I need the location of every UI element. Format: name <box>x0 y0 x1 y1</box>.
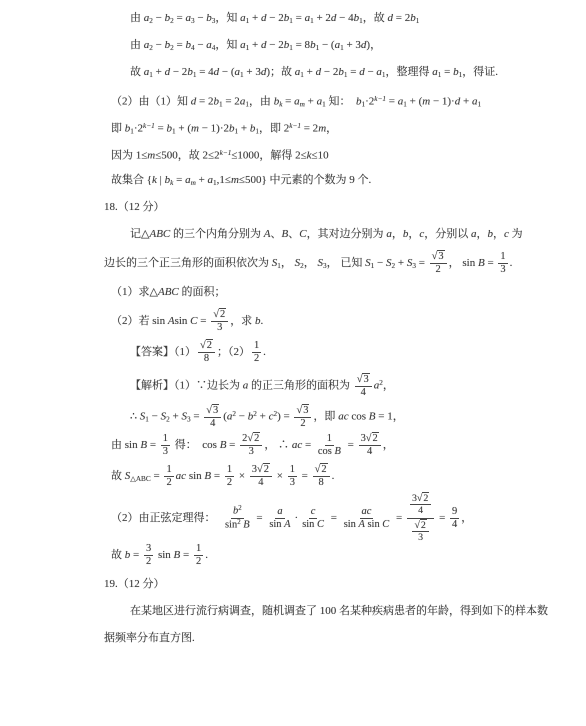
text-run: = <box>302 439 314 451</box>
text-run: 的三个内角分别为 <box>170 228 264 240</box>
text-run: 1 <box>166 464 171 475</box>
text-run: 4 <box>452 519 457 530</box>
superscript: k−1 <box>220 149 232 157</box>
math-variable: m <box>191 123 199 135</box>
text-run: 2 <box>196 556 201 567</box>
fraction: 1cos B <box>316 433 343 458</box>
text-run: ∴ <box>130 411 140 423</box>
text-run: × <box>236 470 248 482</box>
text-run: = 4 <box>196 66 213 78</box>
math-variable: B <box>334 446 340 457</box>
text-run: = <box>345 439 357 451</box>
math-variable: C <box>299 228 306 240</box>
text-run: + <box>460 96 472 108</box>
text-run: cos <box>349 411 369 423</box>
math-variable: ABC <box>158 286 179 298</box>
text-run: − 1)·2 <box>199 123 229 135</box>
subscript: 1 <box>477 101 481 109</box>
fraction: 12 <box>194 543 203 568</box>
text-run: 8 <box>204 353 209 364</box>
sqrt-radical: √3 <box>206 404 219 416</box>
sqrt-radical: √3 <box>357 373 370 385</box>
superscript: k−1 <box>374 95 386 103</box>
text-run: = <box>282 96 294 108</box>
text-run: = <box>436 512 448 524</box>
text-run: 【答案】（1） <box>130 346 196 358</box>
text-line: 在某地区进行流行病调查，随机调查了 100 名某种疾病患者的年龄，得到如下的样本… <box>130 598 572 625</box>
math-variable: m <box>318 123 326 135</box>
text-run: ≤1000，解得 2≤ <box>231 150 306 162</box>
text-run: 记△ <box>130 228 149 240</box>
fraction: √32 <box>294 405 311 430</box>
text-run: = 1， <box>375 411 403 423</box>
superscript: k−1 <box>143 122 155 130</box>
text-run: 4 <box>367 446 372 457</box>
text-line: 据频率分布直方图. <box>104 625 572 652</box>
text-run: = <box>155 123 167 135</box>
text-run: 3 <box>500 264 505 275</box>
fraction: 3√24 <box>410 493 431 517</box>
text-run: 4 <box>258 477 263 488</box>
text-run: 由 <box>130 12 144 24</box>
fraction: 13 <box>288 464 297 489</box>
text-run: 3 <box>290 477 295 488</box>
fraction: acsin A sin C <box>342 506 392 531</box>
text-run: − 4 <box>336 12 353 24</box>
math-variable: A <box>284 519 290 530</box>
text-run: − <box>149 411 161 423</box>
formula-line: （2）由正弦定理得： b2sin2 B = asin A·csin C = ac… <box>111 492 572 540</box>
text-run: 、 <box>288 228 299 240</box>
fraction: csin C <box>300 506 326 531</box>
text-run: 的正三角形的面积为 <box>248 380 353 392</box>
text-run: + <box>395 257 407 269</box>
text-run: − 2 <box>267 39 284 51</box>
subscript: 1 <box>416 17 420 25</box>
text-run: = <box>180 549 192 561</box>
sqrt-radical: √2 <box>213 308 226 320</box>
text-run: ，故 <box>363 12 388 24</box>
text-run: = <box>198 315 210 327</box>
text-run: ， ∴ <box>264 439 292 451</box>
text-run: 8 <box>318 477 323 488</box>
math-variable: ac <box>362 506 372 517</box>
fraction: √34 <box>355 374 372 399</box>
fraction: √23 <box>412 520 428 544</box>
text-run: )；故 <box>266 66 294 78</box>
text-run: sin <box>175 315 191 327</box>
formula-line: 由 sin B = 13 得： cos B = 2√23， ∴ ac = 1co… <box>111 430 572 461</box>
text-run: = <box>293 12 305 24</box>
text-run: （2）由正弦定理得： <box>111 512 221 524</box>
fraction: 12 <box>252 340 261 365</box>
fraction: √23 <box>211 309 228 334</box>
text-run: 1 <box>500 251 505 262</box>
text-run: − <box>365 66 377 78</box>
text-run: = <box>485 257 497 269</box>
text-run: ， <box>383 439 394 451</box>
answer-line: 【答案】（1）√28；（2）12. <box>130 337 572 368</box>
text-run: 3 <box>249 446 254 457</box>
text-run: ，得证. <box>462 66 498 78</box>
fraction: 3√24 <box>250 464 272 489</box>
text-run: 4 <box>418 505 423 516</box>
text-run: = <box>151 470 163 482</box>
text-run: ，知 <box>215 12 240 24</box>
formula-line: 由 a2 − b2 = b4 − a4，知 a1 + d − 2b1 = 8b1… <box>130 32 572 59</box>
text-run: 2 <box>254 353 259 364</box>
text-run: ·2 <box>134 123 143 135</box>
text-run: sin <box>225 519 237 530</box>
text-run: − 2 <box>267 12 284 24</box>
fraction: 32 <box>144 543 153 568</box>
fraction: 12 <box>225 464 234 489</box>
text-run: ，即 2 <box>259 123 289 135</box>
text-run: + <box>196 174 208 186</box>
text-run: = <box>211 470 223 482</box>
text-run: + <box>305 96 317 108</box>
text-run: = 2 <box>223 96 240 108</box>
text-line: 记△ABC 的三个内角分别为 A、B、C，其对边分别为 a，b，c，分别以 a，… <box>130 221 572 248</box>
text-run: ，知 <box>215 39 240 51</box>
text-run: . <box>332 470 335 482</box>
text-run: − ( <box>219 66 234 78</box>
analysis-line: 【解析】（1）∵边长为 a 的正三角形的面积为 √34a2， <box>130 368 572 399</box>
fraction: b2sin2 B <box>223 505 252 531</box>
formula-line: 故集合 {k | bk = am + a1,1≤m≤500} 中元素的个数为 9… <box>111 167 572 194</box>
text-run: 2 <box>300 418 305 429</box>
text-run: 据频率分布直方图. <box>104 632 195 644</box>
text-run: . <box>263 346 266 358</box>
text-run: = <box>174 39 186 51</box>
text-run: ， sin <box>449 257 478 269</box>
text-run: 即 <box>111 123 125 135</box>
fraction: √28 <box>198 340 215 365</box>
text-run: = <box>130 549 142 561</box>
text-run: ，求 <box>230 315 255 327</box>
text-run: 【解析】（1）∵边长为 <box>130 380 243 392</box>
text-run: sin <box>155 549 173 561</box>
text-run: = <box>441 66 453 78</box>
fraction: 94 <box>450 506 459 531</box>
text-run: · <box>295 512 299 524</box>
text-run: = <box>416 257 428 269</box>
formula-line: ∴ S1 − S2 + S3 = √34(a2 − b2 + c2) = √32… <box>130 399 572 430</box>
text-run: ， <box>304 257 318 269</box>
text-run: 1 <box>163 433 168 444</box>
formula-line: 即 b1·2k−1 = b1 + (m − 1)·2b1 + b1，即 2k−1… <box>111 113 572 140</box>
sqrt-radical: √2 <box>257 463 270 475</box>
text-run: ·2 <box>365 96 374 108</box>
formula-line: 故 b = 32 sin B = 12. <box>111 540 572 571</box>
text-run: = 2 <box>393 12 410 24</box>
text-run: 4 <box>361 387 366 398</box>
text-run: − <box>374 257 386 269</box>
text-run: 2 <box>227 477 232 488</box>
problem-heading: 18.（12 分） <box>104 194 572 221</box>
text-run: + ( <box>407 96 422 108</box>
text-run: （2）由（1）知 <box>111 96 191 108</box>
text-run: )， <box>366 39 381 51</box>
math-variable: m <box>231 174 239 186</box>
text-run: ,1≤ <box>217 174 231 186</box>
text-run: ， 已知 <box>327 257 366 269</box>
text-run: ， <box>408 228 419 240</box>
text-run: − <box>153 12 165 24</box>
text-run: 1 <box>227 464 232 475</box>
text-run: ，分别以 <box>424 228 471 240</box>
text-line: （2）若 sin Asin C = √23，求 b. <box>111 306 572 337</box>
text-run: 3 <box>217 322 222 333</box>
text-run: 知： <box>326 96 356 108</box>
text-run: （1）求△ <box>111 286 158 298</box>
text-run: − ( <box>319 39 334 51</box>
text-line: 边长的三个正三角形的面积依次为 S1， S2， S3， 已知 S1 − S2 +… <box>104 248 572 279</box>
text-run: = <box>174 12 186 24</box>
text-run: . <box>260 315 263 327</box>
sqrt-radical: √2 <box>414 519 426 531</box>
text-run: 在某地区进行流行病调查，随机调查了 100 名某种疾病患者的年龄，得到如下的样本… <box>130 605 548 617</box>
text-run: cos <box>318 446 335 457</box>
sqrt-radical: √3 <box>432 250 445 262</box>
formula-line: 故 S△ABC = 12ac sin B = 12 × 3√24 × 13 = … <box>111 461 572 492</box>
document-body: 由 a2 − b2 = a3 − b3，知 a1 + d − 2b1 = a1 … <box>0 0 586 652</box>
sqrt-radical: √2 <box>315 463 328 475</box>
text-run: 2 <box>436 264 441 275</box>
math-variable: C <box>317 519 324 530</box>
superscript: 2 <box>238 505 241 512</box>
text-run: sin <box>365 519 382 530</box>
text-run: 2 <box>146 556 151 567</box>
text-run: ≤10 <box>312 150 329 162</box>
text-run: 得： cos <box>172 439 220 451</box>
text-run: ；（2） <box>217 346 250 358</box>
text-run: = <box>328 512 340 524</box>
text-run: − <box>153 39 165 51</box>
text-run: sin <box>186 470 204 482</box>
text-run: . <box>205 549 208 561</box>
text-run: 1 <box>196 543 201 554</box>
text-run: 4 <box>210 418 215 429</box>
text-run: 故 <box>111 549 125 561</box>
text-run: 故集合 { <box>111 174 152 186</box>
text-run: ≤500，故 2≤2 <box>155 150 219 162</box>
sqrt-radical: √2 <box>366 432 379 444</box>
text-run: | <box>157 174 165 186</box>
formula-line: （2）由（1）知 d = 2b1 = 2a1，由 bk = am + a1 知：… <box>111 86 572 113</box>
subscript: △ABC <box>130 475 150 483</box>
math-variable: C <box>190 315 197 327</box>
text-run: 由 <box>130 39 144 51</box>
text-run: + <box>249 12 261 24</box>
text-run: − <box>195 39 207 51</box>
text-run: − 2 <box>321 66 338 78</box>
text-run: + <box>249 39 261 51</box>
sqrt-radical: √3 <box>296 404 309 416</box>
text-run: sin <box>302 519 317 530</box>
text-run: 故 <box>130 66 144 78</box>
math-variable: A <box>168 315 175 327</box>
text-run: ，由 <box>249 96 274 108</box>
sqrt-radical: √2 <box>200 339 213 351</box>
text-run: = <box>254 512 266 524</box>
text-run: + 3 <box>344 39 361 51</box>
fraction: 2√23 <box>240 433 262 458</box>
formula-line: 因为 1≤m≤500，故 2≤2k−1≤1000，解得 2≤k≤10 <box>111 140 572 167</box>
text-run: 的面积； <box>179 286 226 298</box>
text-run: + <box>304 66 316 78</box>
text-run: − 1)· <box>430 96 455 108</box>
fraction: 3√24 <box>359 433 381 458</box>
fraction: asin A <box>267 506 292 531</box>
sqrt-radical: √2 <box>247 432 260 444</box>
math-variable: B <box>478 257 485 269</box>
fraction: √28 <box>313 464 330 489</box>
text-run: ，整理得 <box>386 66 433 78</box>
text-run: = 8 <box>293 39 310 51</box>
math-variable: ABC <box>149 228 170 240</box>
text-line: （1）求△ABC 的面积； <box>111 279 572 306</box>
text-run: 1 <box>327 433 332 444</box>
text-run: ， <box>461 512 472 524</box>
formula-line: 由 a2 − b2 = a3 − b3，知 a1 + d − 2b1 = a1 … <box>130 5 572 32</box>
fraction: √34 <box>204 405 221 430</box>
fraction: 3√24√23 <box>407 492 434 545</box>
math-variable: ac <box>338 411 348 423</box>
fraction: 12 <box>164 464 173 489</box>
math-variable: ac <box>292 439 302 451</box>
math-variable: ac <box>176 470 186 482</box>
superscript: k−1 <box>289 122 301 130</box>
text-run: 9 <box>452 506 457 517</box>
text-run: = <box>347 66 359 78</box>
fraction: 13 <box>498 251 507 276</box>
text-run: ， <box>281 257 295 269</box>
text-run: （2）若 sin <box>111 315 168 327</box>
text-run: 、 <box>270 228 281 240</box>
text-run: ) = <box>277 411 292 423</box>
text-run: × <box>274 470 286 482</box>
text-run: . <box>510 257 513 269</box>
text-run: 1 <box>290 464 295 475</box>
text-run: ， <box>493 228 504 240</box>
text-run: 因为 1≤ <box>111 150 147 162</box>
text-run: ， <box>383 380 394 392</box>
text-run: 故 <box>111 470 125 482</box>
text-run: + 3 <box>244 66 261 78</box>
text-run: = <box>386 96 398 108</box>
text-run: + ( <box>176 123 191 135</box>
document-page: 由 a2 − b2 = a3 − b3，知 a1 + d − 2b1 = a1 … <box>0 0 586 726</box>
math-variable: B <box>243 519 249 530</box>
text-run: sin <box>344 519 359 530</box>
text-run: = 2 <box>196 96 213 108</box>
text-run: 1 <box>254 340 259 351</box>
text-run: 2 <box>166 477 171 488</box>
text-run: 为 <box>509 228 523 240</box>
text-run: + <box>257 411 269 423</box>
text-run: ，其对边分别为 <box>307 228 387 240</box>
math-variable: a <box>277 506 282 517</box>
text-run: 3 <box>146 543 151 554</box>
problem-heading: 19.（12 分） <box>104 571 572 598</box>
text-run: sin <box>269 519 284 530</box>
text-run: 19.（12 分） <box>104 578 165 590</box>
text-run: − <box>236 411 248 423</box>
math-variable: m <box>422 96 430 108</box>
fraction: 13 <box>161 433 170 458</box>
text-run: = <box>173 174 185 186</box>
text-run: + <box>170 411 182 423</box>
math-variable: C <box>382 519 389 530</box>
text-run: 由 sin <box>111 439 140 451</box>
formula-line: 故 a1 + d − 2b1 = 4d − (a1 + 3d)；故 a1 + d… <box>130 59 572 86</box>
text-run: + 2 <box>314 12 331 24</box>
text-run: = <box>226 439 238 451</box>
text-run: 边长的三个正三角形的面积依次为 <box>104 257 272 269</box>
math-variable: c <box>311 506 316 517</box>
text-run: = <box>191 411 203 423</box>
text-run: − <box>195 12 207 24</box>
text-run: = <box>393 512 405 524</box>
text-run: ， <box>326 123 337 135</box>
fraction: √32 <box>430 251 447 276</box>
text-run: 3 <box>163 446 168 457</box>
text-run: ，即 <box>313 411 338 423</box>
text-run: − 2 <box>170 66 187 78</box>
text-run: ， <box>476 228 487 240</box>
text-run: = 2 <box>301 123 318 135</box>
text-run: = <box>147 439 159 451</box>
text-run: 18.（12 分） <box>104 201 165 213</box>
text-run: ， <box>392 228 403 240</box>
text-run: 3 <box>418 532 423 543</box>
text-run: + <box>238 123 250 135</box>
sqrt-radical: √2 <box>417 492 429 504</box>
text-run: + <box>153 66 165 78</box>
text-run: = <box>299 470 311 482</box>
text-run: ≤500} 中元素的个数为 9 个. <box>239 174 371 186</box>
